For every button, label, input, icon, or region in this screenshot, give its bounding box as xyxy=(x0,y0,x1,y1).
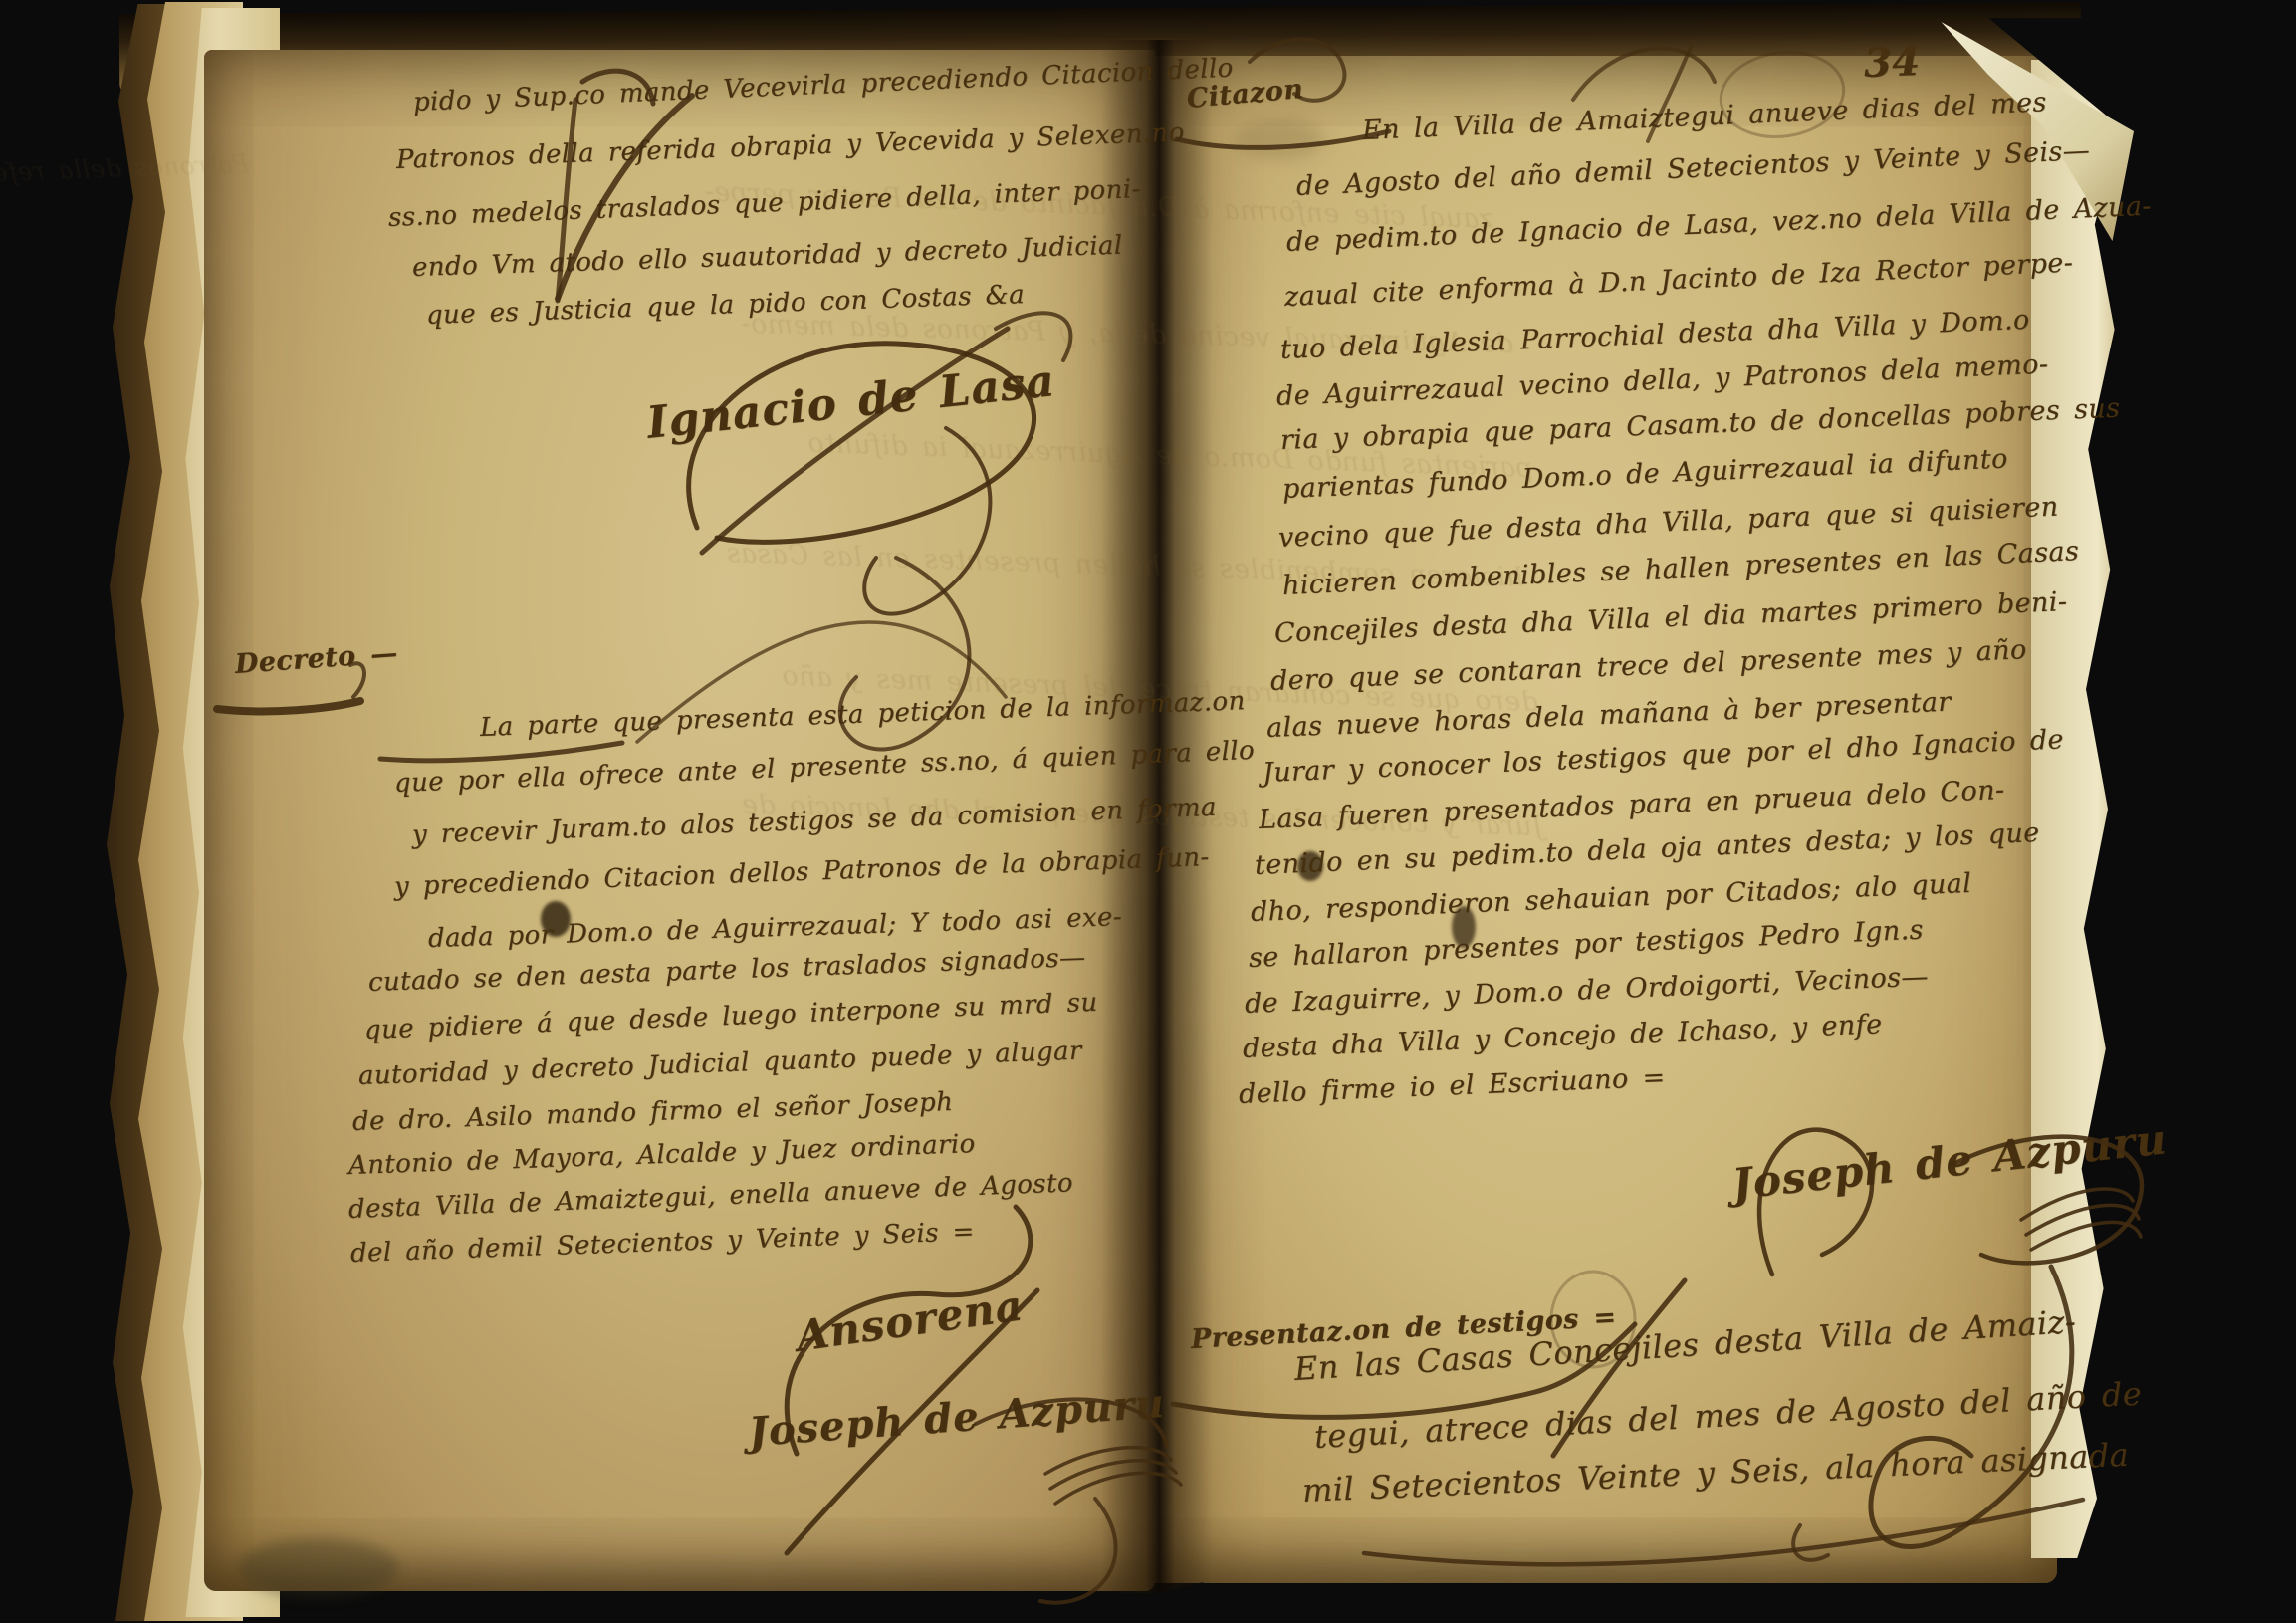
photo-background: zaual cite enforma à D.n Jacinto de Iza … xyxy=(0,0,2296,1623)
paper-stain xyxy=(239,1538,398,1598)
paper-stain xyxy=(1235,119,1324,159)
page-number: 34 xyxy=(1863,38,1921,87)
